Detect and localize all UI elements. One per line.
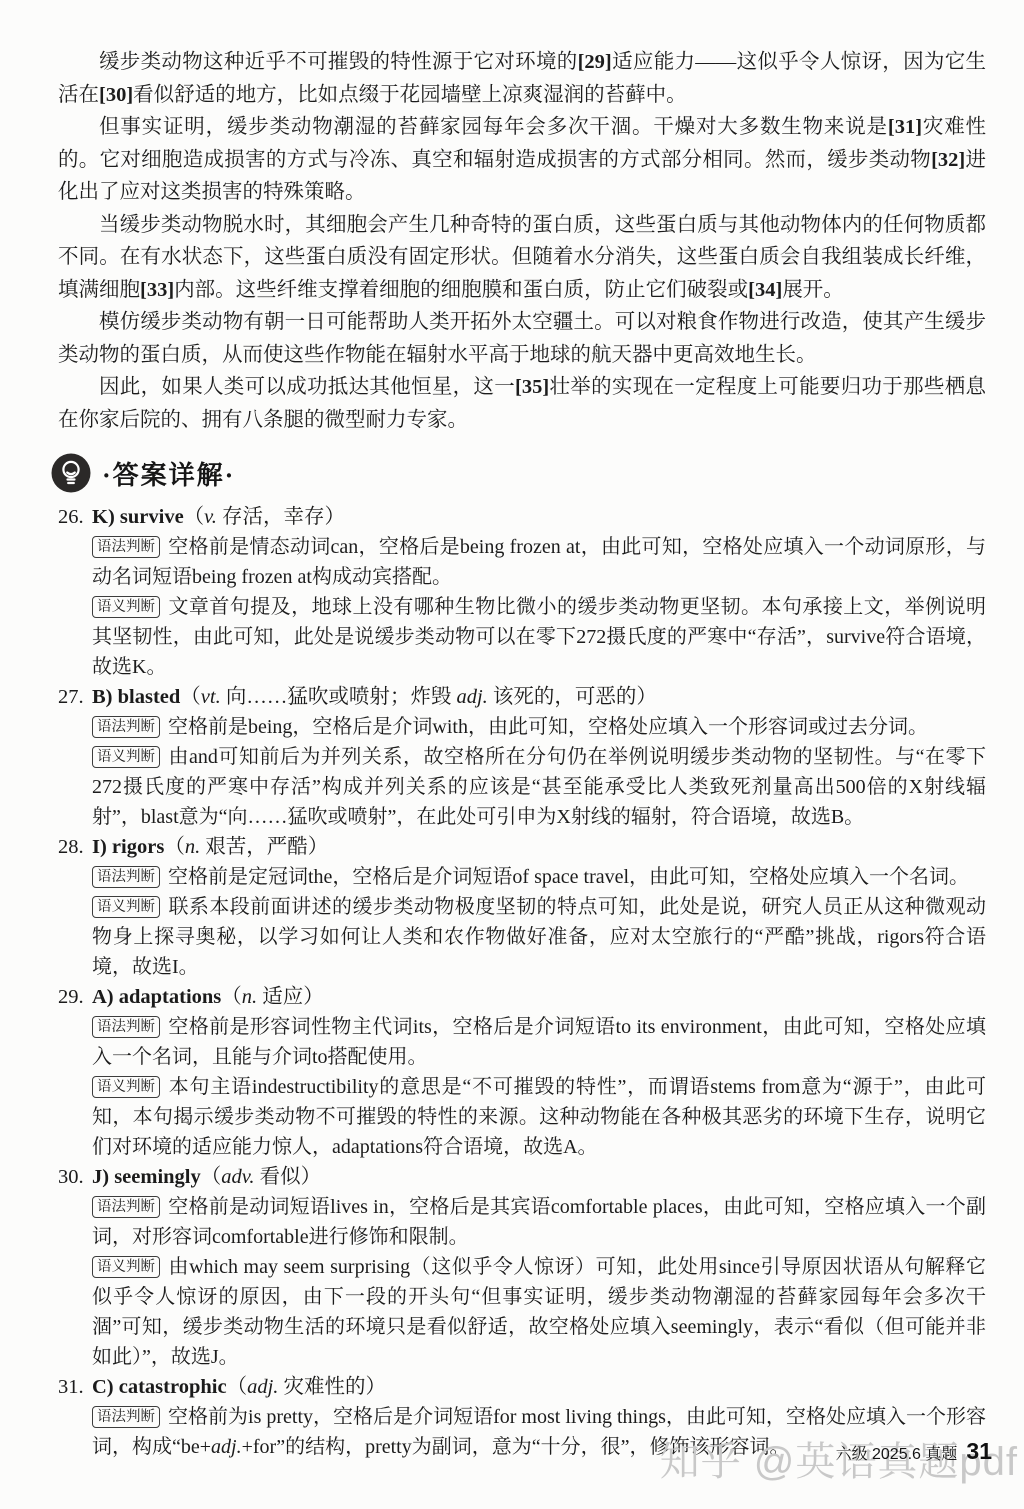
text-segment: 空格前是动词短语lives in，空格后是其宾语comfortable plac… [92, 1196, 986, 1248]
text-segment: 向……猛吹或喷射；炸毁 [221, 686, 457, 708]
text-segment: 模仿缓步类动物有朝一日可能帮助人类开拓外太空疆土。可以对粮食作物进行改造，使其产… [58, 311, 986, 366]
item-number: 30. [58, 1162, 92, 1372]
text-segment: 空格前是形容词性物主代词its，空格后是介词短语to its environme… [92, 1016, 986, 1068]
translation-paragraph: 模仿缓步类动物有朝一日可能帮助人类开拓外太空疆土。可以对粮食作物进行改造，使其产… [58, 306, 986, 371]
answer-word: C) catastrophic [92, 1376, 227, 1398]
judgment-tag: 语法判断 [92, 536, 160, 558]
translation-paragraph: 当缓步类动物脱水时，其细胞会产生几种奇特的蛋白质，这些蛋白质与其他动物体内的任何… [58, 209, 986, 307]
answer-word: J) seemingly [92, 1166, 201, 1188]
text-segment: adv. [221, 1166, 254, 1188]
text-segment: （ [201, 1166, 222, 1188]
item-body: A) adaptations（n. 适应）语法判断空格前是形容词性物主代词its… [92, 982, 986, 1162]
text-segment: [32] [931, 149, 965, 171]
text-segment: [35] [515, 376, 549, 398]
item-number: 29. [58, 982, 92, 1162]
text-segment: 由and可知前后为并列关系，故空格所在分句仍在举例说明缓步类动物的坚韧性。与“在… [92, 746, 986, 828]
text-segment: v. [204, 506, 217, 528]
item-heading: I) rigors（n. 艰苦，严酷） [92, 832, 986, 862]
answer-word: I) rigors [92, 836, 164, 858]
item-heading: B) blasted（vt. 向……猛吹或喷射；炸毁 adj. 该死的，可恶的） [92, 682, 986, 712]
text-segment: 由which may seem surprising（这似乎令人惊讶）可知，此处… [92, 1256, 986, 1368]
item-number: 28. [58, 832, 92, 982]
text-segment: 空格前是定冠词the，空格后是介词短语of space travel，由此可知，… [168, 866, 969, 888]
text-segment: [30] [99, 84, 133, 106]
item-body: B) blasted（vt. 向……猛吹或喷射；炸毁 adj. 该死的，可恶的）… [92, 682, 986, 832]
text-segment: （ [221, 986, 242, 1008]
text-segment: adj. [211, 1436, 242, 1458]
translation-paragraph: 因此，如果人类可以成功抵达其他恒星，这一[35]壮举的实现在一定程度上可能要归功… [58, 371, 986, 436]
text-segment: 因此，如果人类可以成功抵达其他恒星，这一 [99, 376, 515, 398]
text-segment: 展开。 [782, 279, 844, 301]
explanation-paragraph: 语法判断空格前是being，空格后是介词with，由此可知，空格处应填入一个形容… [92, 712, 986, 742]
explanation-paragraph: 语义判断联系本段前面讲述的缓步类动物极度坚韧的特点可知，此处是说，研究人员正从这… [92, 892, 986, 982]
text-segment: [34] [748, 279, 782, 301]
item-heading: C) catastrophic（adj. 灾难性的） [92, 1372, 986, 1402]
text-segment: 联系本段前面讲述的缓步类动物极度坚韧的特点可知，此处是说，研究人员正从这种微观动… [92, 896, 986, 978]
judgment-tag: 语义判断 [92, 896, 160, 918]
text-segment: 看似） [254, 1166, 321, 1188]
judgment-tag: 语法判断 [92, 716, 160, 738]
item-body: K) survive（v. 存活，幸存）语法判断空格前是情态动词can，空格后是… [92, 502, 986, 682]
item-number: 31. [58, 1372, 92, 1462]
judgment-tag: 语法判断 [92, 866, 160, 888]
answer-word: B) blasted [92, 686, 180, 708]
judgment-tag: 语义判断 [92, 746, 160, 768]
explanation-paragraph: 语义判断由which may seem surprising（这似乎令人惊讶）可… [92, 1252, 986, 1372]
page-number: 31 [966, 1438, 992, 1465]
text-segment: [31] [888, 116, 922, 138]
text-segment: adj. [456, 686, 487, 708]
text-segment: 艰苦，严酷） [200, 836, 328, 858]
text-segment: （ [184, 506, 205, 528]
judgment-tag: 语法判断 [92, 1406, 160, 1428]
text-segment: （ [180, 686, 201, 708]
explanation-paragraph: 语义判断由and可知前后为并列关系，故空格所在分句仍在举例说明缓步类动物的坚韧性… [92, 742, 986, 832]
item-heading: A) adaptations（n. 适应） [92, 982, 986, 1012]
judgment-tag: 语法判断 [92, 1016, 160, 1038]
judgment-tag: 语义判断 [92, 1076, 160, 1098]
answer-word: A) adaptations [92, 986, 221, 1008]
answer-list: 26.K) survive（v. 存活，幸存）语法判断空格前是情态动词can，空… [58, 502, 986, 1462]
text-segment: （ [227, 1376, 248, 1398]
text-segment: 看似舒适的地方，比如点缀于花园墙壁上凉爽湿润的苔藓中。 [133, 84, 687, 106]
text-segment: 适应） [257, 986, 324, 1008]
item-number: 26. [58, 502, 92, 682]
answer-item: 29.A) adaptations（n. 适应）语法判断空格前是形容词性物主代词… [58, 982, 986, 1162]
item-number: 27. [58, 682, 92, 832]
translation-paragraph: 缓步类动物这种近乎不可摧毁的特性源于它对环境的[29]适应能力——这似乎令人惊讶… [58, 46, 986, 111]
explanation-paragraph: 语法判断空格前是动词短语lives in，空格后是其宾语comfortable … [92, 1192, 986, 1252]
explanation-paragraph: 语法判断空格前是定冠词the，空格后是介词短语of space travel，由… [92, 862, 986, 892]
text-segment: [33] [140, 279, 174, 301]
explanation-paragraph: 语义判断文章首句提及，地球上没有哪种生物比微小的缓步类动物更坚韧。本句承接上文，… [92, 592, 986, 682]
judgment-tag: 语义判断 [92, 1256, 160, 1278]
text-segment: 本句主语indestructibility的意思是“不可摧毁的特性”，而谓语st… [92, 1076, 986, 1158]
text-segment: 但事实证明，缓步类动物潮湿的苔藓家园每年会多次干涸。干燥对大多数生物来说是 [99, 116, 888, 138]
text-segment: vt. [201, 686, 221, 708]
section-title: ·答案详解· [102, 455, 235, 492]
answer-item: 28.I) rigors（n. 艰苦，严酷）语法判断空格前是定冠词the，空格后… [58, 832, 986, 982]
item-body: I) rigors（n. 艰苦，严酷）语法判断空格前是定冠词the，空格后是介词… [92, 832, 986, 982]
text-segment: 空格前是being，空格后是介词with，由此可知，空格处应填入一个形容词或过去… [168, 716, 928, 738]
text-segment: 灾难性的） [278, 1376, 386, 1398]
text-segment: n. [242, 986, 257, 1008]
text-segment: 内部。这些纤维支撑着细胞的细胞膜和蛋白质，防止它们破裂或 [174, 279, 748, 301]
text-segment: 该死的，可恶的） [488, 686, 657, 708]
text-segment: 空格前是情态动词can，空格后是being frozen at，由此可知，空格处… [92, 536, 986, 588]
explanation-paragraph: 语义判断本句主语indestructibility的意思是“不可摧毁的特性”，而… [92, 1072, 986, 1162]
explanation-paragraph: 语法判断空格前是形容词性物主代词its，空格后是介词短语to its envir… [92, 1012, 986, 1072]
document-page: 缓步类动物这种近乎不可摧毁的特性源于它对环境的[29]适应能力——这似乎令人惊讶… [0, 0, 1024, 1509]
item-body: J) seemingly（adv. 看似）语法判断空格前是动词短语lives i… [92, 1162, 986, 1372]
answer-word: K) survive [92, 506, 184, 528]
translation-paragraph: 但事实证明，缓步类动物潮湿的苔藓家园每年会多次干涸。干燥对大多数生物来说是[31… [58, 111, 986, 209]
text-segment: [29] [578, 51, 612, 73]
text-segment: 文章首句提及，地球上没有哪种生物比微小的缓步类动物更坚韧。本句承接上文，举例说明… [92, 596, 986, 678]
judgment-tag: 语法判断 [92, 1196, 160, 1218]
edition-label: 六级 2025.6 真题 [836, 1441, 958, 1464]
text-segment: 缓步类动物这种近乎不可摧毁的特性源于它对环境的 [99, 51, 578, 73]
judgment-tag: 语义判断 [92, 596, 160, 618]
answer-item: 30.J) seemingly（adv. 看似）语法判断空格前是动词短语live… [58, 1162, 986, 1372]
explanation-paragraph: 语法判断空格前是情态动词can，空格后是being frozen at，由此可知… [92, 532, 986, 592]
answer-section-header: ·答案详解· [50, 452, 986, 494]
text-segment: （ [164, 836, 185, 858]
answer-item: 26.K) survive（v. 存活，幸存）语法判断空格前是情态动词can，空… [58, 502, 986, 682]
translation-section: 缓步类动物这种近乎不可摧毁的特性源于它对环境的[29]适应能力——这似乎令人惊讶… [58, 46, 986, 436]
item-heading: J) seemingly（adv. 看似） [92, 1162, 986, 1192]
text-segment: adj. [247, 1376, 278, 1398]
text-segment: n. [185, 836, 200, 858]
page-footer: 六级 2025.6 真题 31 [836, 1438, 992, 1465]
answer-item: 27.B) blasted（vt. 向……猛吹或喷射；炸毁 adj. 该死的，可… [58, 682, 986, 832]
item-heading: K) survive（v. 存活，幸存） [92, 502, 986, 532]
text-segment: 存活，幸存） [217, 506, 345, 528]
lightbulb-icon [50, 452, 92, 494]
